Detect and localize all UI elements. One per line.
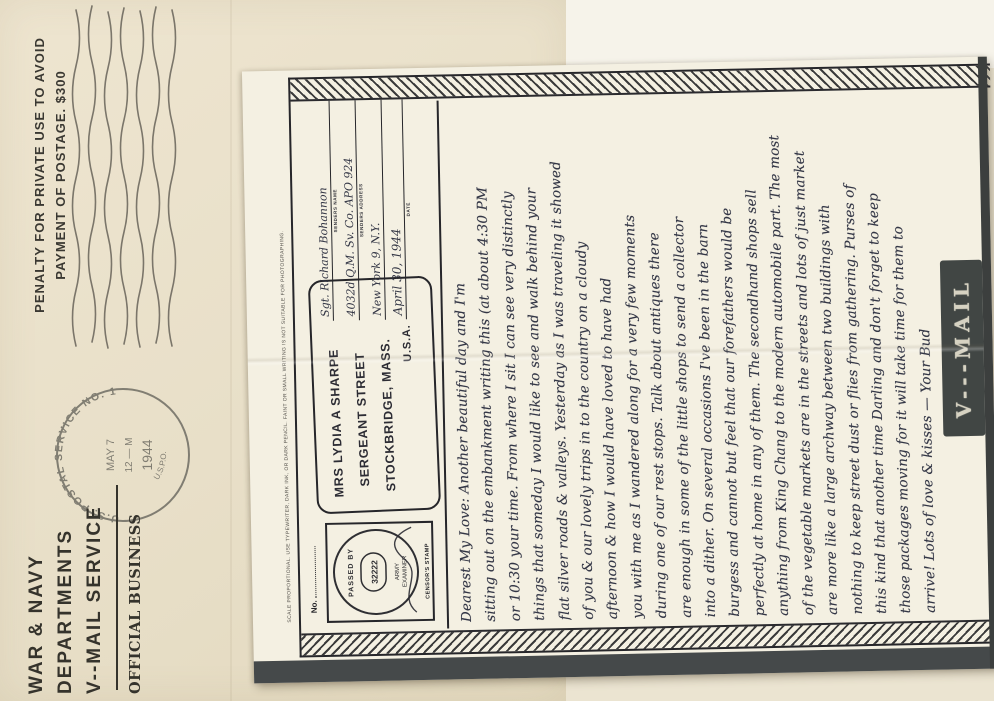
- divider-rule: [116, 485, 118, 690]
- censor-stamp-box: PASSED BY 32222 ARMY EXAMINER CENSOR'S S…: [325, 521, 435, 623]
- cancellation-wavy-lines: [66, 2, 186, 352]
- censor-stamp-label: CENSOR'S STAMP: [424, 523, 432, 619]
- date-group: April 30, 1944 DATE: [387, 99, 413, 319]
- censor-number: 32222: [369, 560, 379, 584]
- penalty-line1: PENALTY FOR PRIVATE USE TO AVOID: [29, 5, 50, 345]
- dept-line-vmail-service: V--MAIL SERVICE: [80, 442, 109, 694]
- return-address-block: WAR & NAVY DEPARTMENTS V--MAIL SERVICE O…: [22, 442, 172, 694]
- no-field: No.: [307, 546, 318, 613]
- censor-passed-by: PASSED BY: [348, 548, 356, 597]
- no-label: No.: [310, 600, 319, 613]
- no-dotted-line: [307, 546, 316, 598]
- sender-city-group: New York 9, N.Y.: [367, 100, 386, 320]
- official-business-label: OFFICIAL BUSINESS: [127, 442, 144, 694]
- dept-line-war-navy: WAR & NAVY: [22, 442, 51, 694]
- censor-stamp-icon: PASSED BY 32222 ARMY EXAMINER: [327, 523, 429, 621]
- vmail-letter-photo: SCALE PROPORTIONAL. USE TYPEWRITER, DARK…: [242, 57, 994, 684]
- censor-examiner-line1: ARMY: [395, 563, 401, 580]
- sender-block: Sgt. Richard Bohannon SENDERS NAME 4032d…: [315, 99, 418, 321]
- sender-address-group: 4032d Q.M. Sv. Co. APO 924 SENDERS ADDRE…: [341, 100, 366, 320]
- sender-city-handwriting: New York 9, N.Y.: [367, 100, 386, 320]
- dept-line-departments: DEPARTMENTS: [51, 442, 80, 694]
- sender-name-group: Sgt. Richard Bohannon SENDERS NAME: [315, 101, 340, 321]
